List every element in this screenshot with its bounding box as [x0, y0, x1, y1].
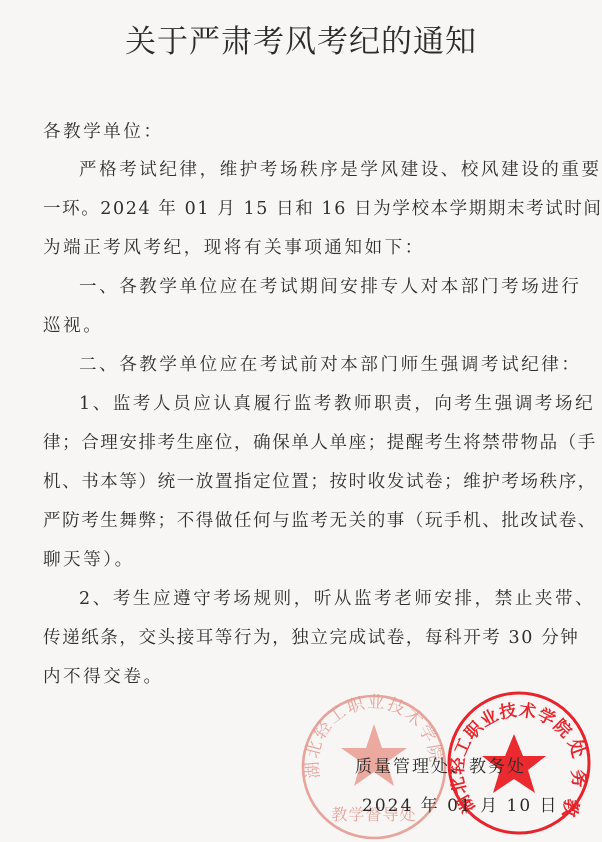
salutation: 各教学单位：	[43, 118, 164, 143]
document-title: 关于严肃考风考纪的通知	[0, 16, 602, 61]
body-line: 一环。2024 年 01 月 15 日和 16 日为学校本学期期末考试时间，	[43, 195, 602, 220]
issue-date: 2024 年 01 月 10 日	[362, 791, 559, 816]
body-line: 聊天等）。	[43, 546, 135, 571]
body-line: 严格考试纪律，维护考场秩序是学风建设、校风建设的重要	[79, 156, 602, 181]
body-line: 二、各教学单位应在考试前对本部门师生强调考试纪律：	[79, 351, 582, 376]
svg-text:务: 务	[567, 769, 590, 789]
body-line: 巡视。	[43, 312, 103, 337]
body-line: 1、监考人员应认真履行监考教师职责，向考生强调考场纪	[79, 390, 595, 415]
body-line: 机、书本等）统一放置指定位置；按时收发试卷；维护考场秩序，	[43, 468, 597, 493]
body-line: 传递纸条，交头接耳等行为，独立完成试卷，每科开考 30 分钟	[43, 624, 579, 649]
body-line: 律；合理安排考生座位，确保单人单座；提醒考生将禁带物品（手	[43, 429, 597, 454]
body-line: 为端正考风考纪，现将有关事项通知如下：	[43, 234, 425, 259]
notice-document: 关于严肃考风考纪的通知 各教学单位： 严格考试纪律，维护考场秩序是学风建设、校风…	[0, 0, 602, 842]
issuers: 质量管理处、教务处	[355, 752, 526, 777]
body-line: 严防考生舞弊；不得做任何与监考无关的事（玩手机、批改试卷、	[43, 507, 597, 532]
body-line: 一、各教学单位应在考试期间安排专人对本部门考场进行	[79, 273, 582, 298]
body-line: 内不得交卷。	[43, 663, 164, 688]
svg-text:教: 教	[558, 796, 583, 820]
body-line: 2、考生应遵守考场规则，听从监考老师安排，禁止夹带、	[79, 585, 595, 610]
